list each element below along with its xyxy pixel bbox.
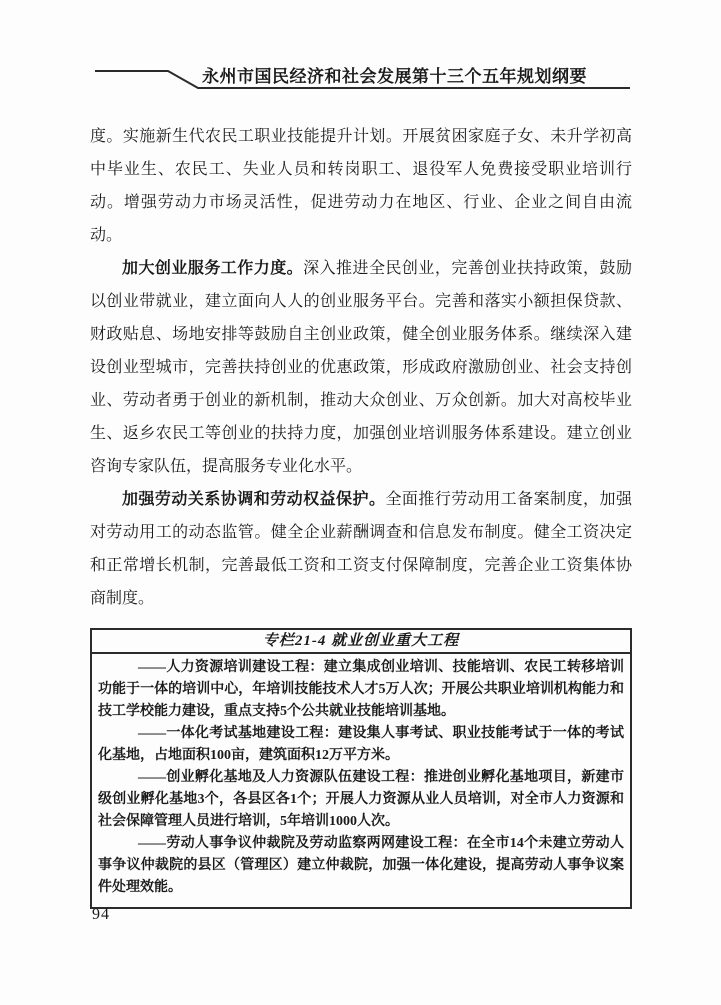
callout-box-body: ——人力资源培训建设工程：建立集成创业培训、技能培训、农民工转移培训功能于一体的… [92,654,630,907]
callout-item-title: ——人力资源培训建设工程： [138,660,324,675]
paragraph: 度。实施新生代农民工职业技能提升计划。开展贫困家庭子女、未升学初高中毕业生、农民… [90,120,632,252]
callout-item-title: ——一体化考试基地建设工程： [138,726,338,741]
callout-item-title: ——劳动人事争议仲裁院及劳动监察两网建设工程： [138,836,467,851]
paragraph-text: 度。实施新生代农民工职业技能提升计划。开展贫困家庭子女、未升学初高中毕业生、农民… [90,128,632,244]
paragraph: 加大创业服务工作力度。深入推进全民创业，完善创业扶持政策，鼓励以创业带就业，建立… [90,252,632,483]
body-text: 度。实施新生代农民工职业技能提升计划。开展贫困家庭子女、未升学初高中毕业生、农民… [90,120,632,615]
callout-box-title: 专栏21-4 就业创业重大工程 [92,630,630,654]
callout-item: ——人力资源培训建设工程：建立集成创业培训、技能培训、农民工转移培训功能于一体的… [98,657,624,723]
running-head: 永州市国民经济和社会发展第十三个五年规划纲要 [90,58,632,94]
callout-item: ——创业孵化基地及人力资源队伍建设工程：推进创业孵化基地项目，新建市级创业孵化基… [98,767,624,833]
paragraph: 加强劳动关系协调和劳动权益保护。全面推行劳动用工备案制度，加强对劳动用工的动态监… [90,483,632,615]
page-number: 94 [92,906,110,924]
paragraph-lead: 加大创业服务工作力度。 [122,260,303,277]
callout-item: ——一体化考试基地建设工程：建设集人事考试、职业技能考试于一体的考试化基地，占地… [98,723,624,767]
page-content: 永州市国民经济和社会发展第十三个五年规划纲要 度。实施新生代农民工职业技能提升计… [90,58,632,909]
callout-box: 专栏21-4 就业创业重大工程 ——人力资源培训建设工程：建立集成创业培训、技能… [90,628,632,909]
running-head-title: 永州市国民经济和社会发展第十三个五年规划纲要 [202,62,587,87]
paragraph-lead: 加强劳动关系协调和劳动权益保护。 [122,491,385,508]
paragraph-text: 深入推进全民创业，完善创业扶持政策，鼓励以创业带就业，建立面向人人的创业服务平台… [90,260,632,475]
document-page: 永州市国民经济和社会发展第十三个五年规划纲要 度。实施新生代农民工职业技能提升计… [0,0,721,1005]
callout-item: ——劳动人事争议仲裁院及劳动监察两网建设工程：在全市14个未建立劳动人事争议仲裁… [98,833,624,899]
callout-item-title: ——创业孵化基地及人力资源队伍建设工程： [138,770,424,785]
paragraph-text: 全面推行劳动用工备案制度，加强对劳动用工的动态监管。健全企业薪酬调查和信息发布制… [90,491,632,607]
